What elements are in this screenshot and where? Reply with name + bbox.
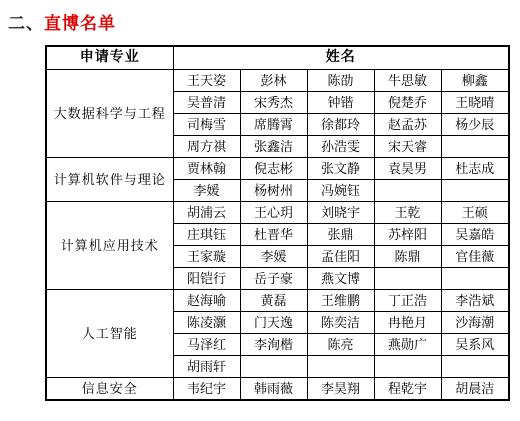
- name-cell: 韩雨薇: [240, 378, 307, 401]
- name-cell: [441, 356, 509, 378]
- name-cell: 吴普清: [173, 92, 240, 114]
- name-cell: 丁正浩: [374, 290, 441, 312]
- name-cell: 陈劭: [307, 70, 374, 92]
- name-cell: 宋秀杰: [240, 92, 307, 114]
- name-cell: 岳子豪: [240, 268, 307, 290]
- name-cell: 杜志成: [441, 158, 509, 180]
- name-cell: 赵孟苏: [374, 114, 441, 136]
- table-row: 计算机软件与理论贾林翰倪志彬张文静袁昊男杜志成: [46, 158, 509, 180]
- name-cell: 李浩斌: [441, 290, 509, 312]
- name-cell: 张文静: [307, 158, 374, 180]
- name-cell: 柳鑫: [441, 70, 509, 92]
- name-cell: [374, 180, 441, 202]
- table-row: 信息安全韦纪宇韩雨薇李昊翔程乾宇胡晨洁: [46, 378, 509, 401]
- name-cell: 燕勋广: [374, 334, 441, 356]
- name-cell: 王乾: [374, 202, 441, 224]
- name-cell: 程乾宇: [374, 378, 441, 401]
- name-cell: 周方祺: [173, 136, 240, 158]
- name-cell: 王维鹏: [307, 290, 374, 312]
- col-header-major: 申请专业: [46, 46, 173, 70]
- name-cell: 陈奕洁: [307, 312, 374, 334]
- name-cell: 阳铠行: [173, 268, 240, 290]
- name-cell: 杨树州: [240, 180, 307, 202]
- name-cell: 冉艳月: [374, 312, 441, 334]
- name-cell: 宋天睿: [374, 136, 441, 158]
- name-cell: 黄磊: [240, 290, 307, 312]
- name-cell: [307, 356, 374, 378]
- col-header-name: 姓名: [173, 46, 509, 70]
- name-cell: 李媛: [173, 180, 240, 202]
- section-number: 二、: [8, 14, 44, 33]
- header-row: 申请专业 姓名: [46, 46, 509, 70]
- name-cell: 张鑫洁: [240, 136, 307, 158]
- name-cell: [374, 356, 441, 378]
- name-cell: 倪志彬: [240, 158, 307, 180]
- name-cell: 倪楚乔: [374, 92, 441, 114]
- name-cell: [374, 268, 441, 290]
- table-row: 大数据科学与工程王天姿彭林陈劭牛思敏柳鑫: [46, 70, 509, 92]
- name-cell: 张鼎: [307, 224, 374, 246]
- name-cell: 陈亮: [307, 334, 374, 356]
- name-cell: 王心玥: [240, 202, 307, 224]
- table-body: 大数据科学与工程王天姿彭林陈劭牛思敏柳鑫吴普清宋秀杰钟锴倪楚乔王晓晴司梅雪席腾霄…: [46, 70, 509, 401]
- name-cell: 赵海喻: [173, 290, 240, 312]
- major-cell: 大数据科学与工程: [46, 70, 173, 158]
- name-cell: [441, 136, 509, 158]
- name-cell: [240, 356, 307, 378]
- major-cell: 计算机应用技术: [46, 202, 173, 290]
- name-cell: 庄琪钰: [173, 224, 240, 246]
- name-cell: 王硕: [441, 202, 509, 224]
- major-cell: 人工智能: [46, 290, 173, 378]
- name-cell: 钟锴: [307, 92, 374, 114]
- name-cell: 马泽红: [173, 334, 240, 356]
- name-cell: 韦纪宇: [173, 378, 240, 401]
- name-cell: 官佳薇: [441, 246, 509, 268]
- section-title: 二、直博名单: [8, 9, 116, 34]
- name-cell: 杨少辰: [441, 114, 509, 136]
- name-cell: 孙浩雯: [307, 136, 374, 158]
- name-cell: 李昊翔: [307, 378, 374, 401]
- name-cell: 燕文博: [307, 268, 374, 290]
- section-title-text: 直博名单: [44, 14, 116, 33]
- name-cell: 胡浦云: [173, 202, 240, 224]
- name-cell: 苏梓阳: [374, 224, 441, 246]
- name-cell: 陈凌灏: [173, 312, 240, 334]
- name-cell: 陈鼎: [374, 246, 441, 268]
- document-page: 二、直博名单 申请专业 姓名 大数据科学与工程王天姿彭林陈劭牛思敏柳鑫吴普清宋秀…: [0, 0, 520, 421]
- table-row: 人工智能赵海喻黄磊王维鹏丁正浩李浩斌: [46, 290, 509, 312]
- name-cell: 袁昊男: [374, 158, 441, 180]
- name-cell: 席腾霄: [240, 114, 307, 136]
- name-cell: 牛思敏: [374, 70, 441, 92]
- name-cell: 王家璇: [173, 246, 240, 268]
- name-cell: 杜晋华: [240, 224, 307, 246]
- name-cell: 沙海潮: [441, 312, 509, 334]
- name-cell: 贾林翰: [173, 158, 240, 180]
- name-cell: [441, 180, 509, 202]
- name-cell: 冯婉钰: [307, 180, 374, 202]
- name-cell: 吴嘉皓: [441, 224, 509, 246]
- name-cell: 胡晨洁: [441, 378, 509, 401]
- table-row: 计算机应用技术胡浦云王心玥刘晓宇王乾王硕: [46, 202, 509, 224]
- name-cell: 吴系风: [441, 334, 509, 356]
- name-cell: 王天姿: [173, 70, 240, 92]
- name-cell: [441, 268, 509, 290]
- admission-table: 申请专业 姓名 大数据科学与工程王天姿彭林陈劭牛思敏柳鑫吴普清宋秀杰钟锴倪楚乔王…: [45, 45, 510, 401]
- name-cell: 李洵楷: [240, 334, 307, 356]
- name-cell: 孟佳阳: [307, 246, 374, 268]
- name-cell: 彭林: [240, 70, 307, 92]
- major-cell: 计算机软件与理论: [46, 158, 173, 202]
- name-cell: 李媛: [240, 246, 307, 268]
- name-cell: 徐都玲: [307, 114, 374, 136]
- major-cell: 信息安全: [46, 378, 173, 401]
- name-cell: 司梅雪: [173, 114, 240, 136]
- name-cell: 胡雨轩: [173, 356, 240, 378]
- name-cell: 刘晓宇: [307, 202, 374, 224]
- name-cell: 王晓晴: [441, 92, 509, 114]
- name-cell: 门天逸: [240, 312, 307, 334]
